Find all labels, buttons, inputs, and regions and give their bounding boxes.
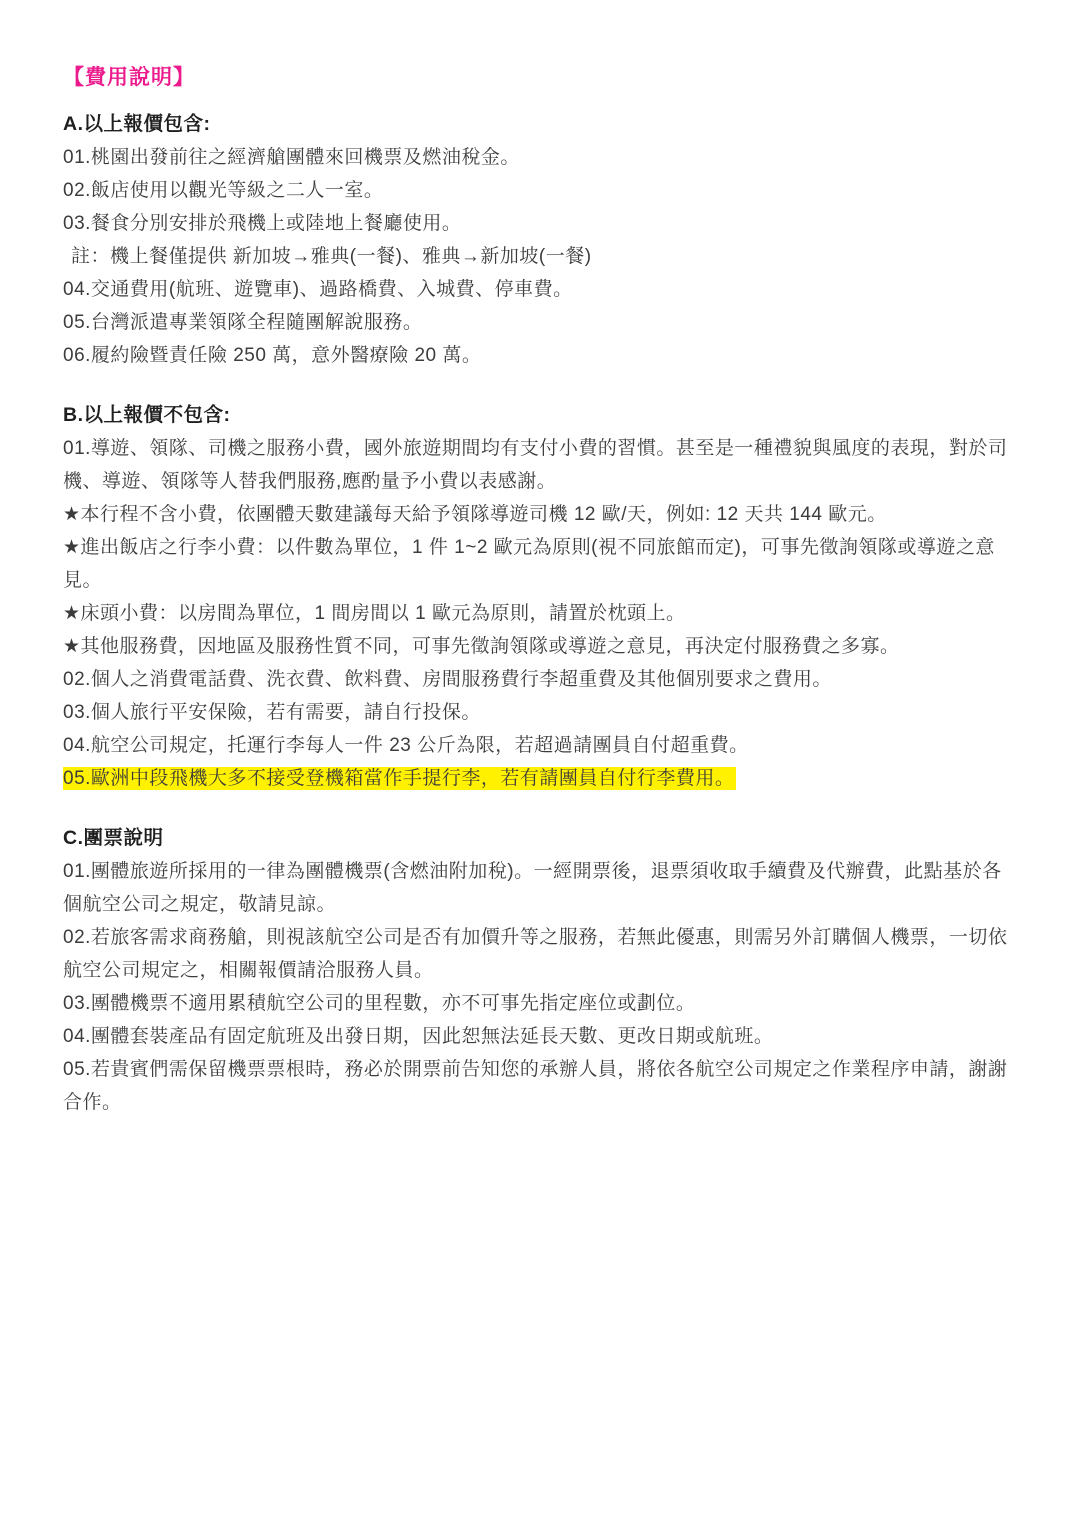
item-list-included: 01.桃園出發前往之經濟艙團體來回機票及燃油稅金。02.飯店使用以觀光等級之二人… [63,141,1018,372]
section-group-ticket-notes: C.團票說明 01.團體旅遊所採用的一律為團體機票(含燃油附加稅)。一經開票後，… [63,822,1018,1119]
section-heading-included: A.以上報價包含: [63,108,1018,141]
fee-item: 03.團體機票不適用累積航空公司的里程數，亦不可事先指定座位或劃位。 [63,987,1018,1020]
fee-item: 06.履約險暨責任險 250 萬，意外醫療險 20 萬。 [63,339,1018,372]
fee-item: 01.桃園出發前往之經濟艙團體來回機票及燃油稅金。 [63,141,1018,174]
section-included: A.以上報價包含: 01.桃園出發前往之經濟艙團體來回機票及燃油稅金。02.飯店… [63,108,1018,372]
fee-item: ★本行程不含小費，依團體天數建議每天給予領隊導遊司機 12 歐/天，例如: 12… [63,498,1018,531]
fee-item: 01.團體旅遊所採用的一律為團體機票(含燃油附加稅)。一經開票後，退票須收取手續… [63,855,1018,921]
section-heading-excluded: B.以上報價不包含: [63,399,1018,432]
section-excluded: B.以上報價不包含: 01.導遊、領隊、司機之服務小費，國外旅遊期間均有支付小費… [63,399,1018,795]
fee-item: 02.個人之消費電話費、洗衣費、飲料費、房間服務費行李超重費及其他個別要求之費用… [63,663,1018,696]
fee-item: 04.團體套裝產品有固定航班及出發日期，因此恕無法延長天數、更改日期或航班。 [63,1020,1018,1053]
fee-item: 03.個人旅行平安保險，若有需要，請自行投保。 [63,696,1018,729]
item-list-excluded: 01.導遊、領隊、司機之服務小費，國外旅遊期間均有支付小費的習慣。甚至是一種禮貌… [63,432,1018,795]
fee-item: ★進出飯店之行李小費：以件數為單位，1 件 1~2 歐元為原則(視不同旅館而定)… [63,531,1018,597]
section-heading-group-ticket-notes: C.團票說明 [63,822,1018,855]
fee-item: 註：機上餐僅提供 新加坡→雅典(一餐)、雅典→新加坡(一餐) [63,240,1018,273]
fee-item: 02.飯店使用以觀光等級之二人一室。 [63,174,1018,207]
fee-item: 04.交通費用(航班、遊覽車)、過路橋費、入城費、停車費。 [63,273,1018,306]
fee-item: ★床頭小費：以房間為單位，1 間房間以 1 歐元為原則，請置於枕頭上。 [63,597,1018,630]
highlighted-text: 05.歐洲中段飛機大多不接受登機箱當作手提行李，若有請團員自付行李費用。 [63,767,736,790]
fee-item: 05.若貴賓們需保留機票票根時，務必於開票前告知您的承辦人員，將依各航空公司規定… [63,1053,1018,1119]
page-title: 【費用說明】 [63,64,1018,92]
fee-item: 04.航空公司規定，托運行李每人一件 23 公斤為限，若超過請團員自付超重費。 [63,729,1018,762]
document-page: 【費用說明】 A.以上報價包含: 01.桃園出發前往之經濟艙團體來回機票及燃油稅… [0,0,1076,1521]
fee-item: ★其他服務費，因地區及服務性質不同，可事先徵詢領隊或導遊之意見，再決定付服務費之… [63,630,1018,663]
item-list-group-ticket-notes: 01.團體旅遊所採用的一律為團體機票(含燃油附加稅)。一經開票後，退票須收取手續… [63,855,1018,1119]
fee-item: 05.台灣派遣專業領隊全程隨團解說服務。 [63,306,1018,339]
fee-item: 03.餐食分別安排於飛機上或陸地上餐廳使用。 [63,207,1018,240]
fee-item: 05.歐洲中段飛機大多不接受登機箱當作手提行李，若有請團員自付行李費用。 [63,762,1018,795]
fee-item: 02.若旅客需求商務艙，則視該航空公司是否有加價升等之服務，若無此優惠，則需另外… [63,921,1018,987]
fee-item: 01.導遊、領隊、司機之服務小費，國外旅遊期間均有支付小費的習慣。甚至是一種禮貌… [63,432,1018,498]
